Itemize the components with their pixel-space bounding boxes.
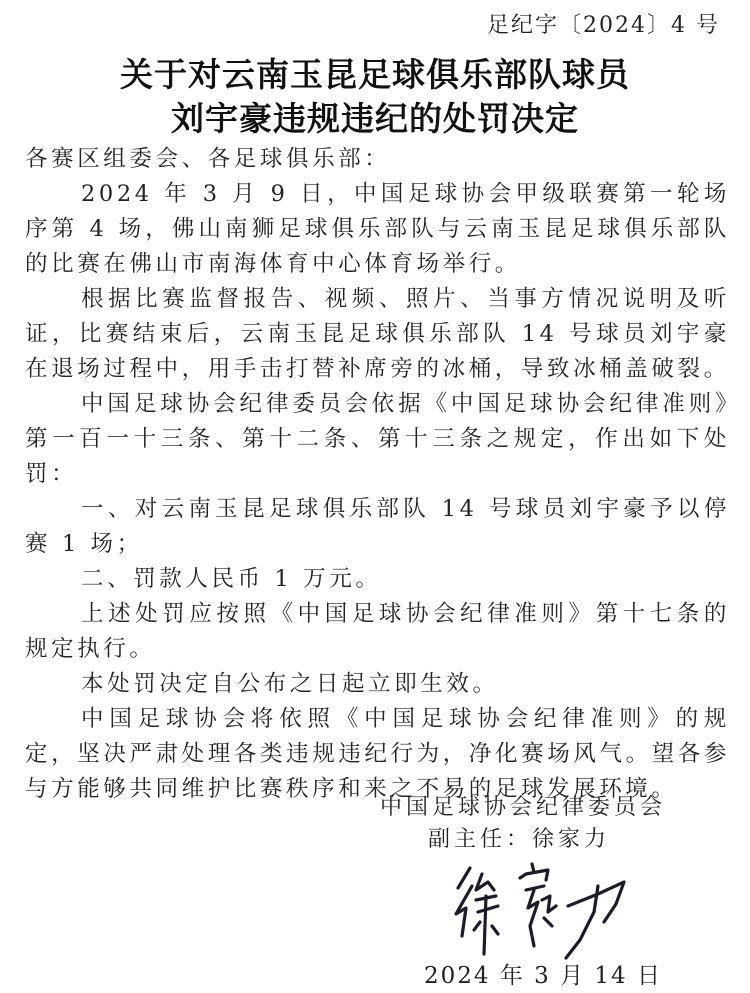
paragraph-incident: 根据比赛监督报告、视频、照片、当事方情况说明及听证，比赛结束后，云南玉昆足球俱乐… — [25, 282, 730, 387]
paragraph-match-info: 2024 年 3 月 9 日，中国足球协会甲级联赛第一轮场序第 4 场，佛山南狮… — [25, 177, 730, 282]
document-date: 2024 年 3 月 14 日 — [424, 958, 662, 993]
addressee: 各赛区组委会、各足球俱乐部： — [25, 142, 730, 177]
handwritten-signature-icon — [448, 856, 648, 966]
penalty-item-2: 二、罚款人民币 1 万元。 — [25, 562, 730, 597]
document-title-line-1: 关于对云南玉昆足球俱乐部队球员 — [0, 54, 750, 96]
penalty-item-1: 一、对云南玉昆足球俱乐部队 14 号球员刘宇豪予以停赛 1 场； — [25, 492, 730, 562]
document-body: 各赛区组委会、各足球俱乐部： 2024 年 3 月 9 日，中国足球协会甲级联赛… — [25, 142, 730, 807]
signer-title: 副主任：徐家力 — [428, 822, 610, 858]
signing-organization: 中国足球协会纪律委员会 — [380, 790, 666, 826]
paragraph-basis: 中国足球协会纪律委员会依据《中国足球协会纪律准则》第一百一十三条、第十二条、第十… — [25, 387, 730, 492]
document-title-line-2: 刘宇豪违规违纪的处罚决定 — [0, 98, 750, 140]
paragraph-execution: 上述处罚应按照《中国足球协会纪律准则》第十七条的规定执行。 — [25, 597, 730, 667]
paragraph-effective: 本处罚决定自公布之日起立即生效。 — [25, 667, 730, 702]
document-number: 足纪字〔2024〕4 号 — [487, 8, 720, 39]
